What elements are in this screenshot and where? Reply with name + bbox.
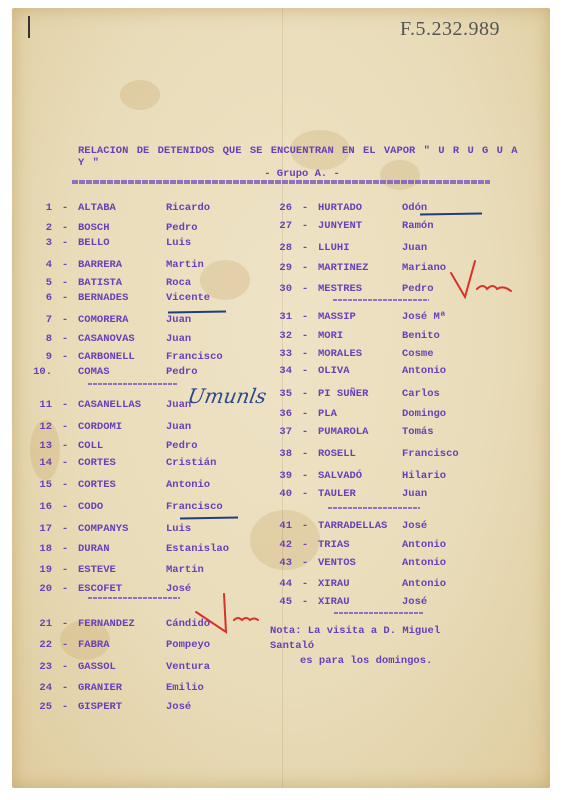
separator: -	[292, 488, 318, 500]
note-line-2: es para los domingos.	[270, 654, 470, 669]
detainee-number: 25	[24, 701, 52, 713]
detainee-surname: BOSCH	[78, 222, 166, 234]
detainee-row: 38-ROSELLFrancisco	[264, 448, 459, 460]
detainee-row: 37-PUMAROLATomás	[264, 426, 434, 438]
separator: -	[52, 237, 78, 249]
detainee-row: 11-CASANELLASJuan	[24, 399, 191, 411]
separator: -	[52, 292, 78, 304]
detainee-number: 24	[24, 682, 52, 694]
detainee-surname: MARTINEZ	[318, 262, 402, 274]
separator: -	[292, 348, 318, 360]
separator: -	[52, 701, 78, 713]
detainee-row: 26-HURTADOOdón	[264, 202, 427, 214]
detainee-surname: CASANELLAS	[78, 399, 166, 411]
separator: -	[292, 311, 318, 323]
detainee-row: 14-CORTESCristián	[24, 457, 216, 469]
detainee-number: 38	[264, 448, 292, 460]
detainee-surname: BARRERA	[78, 259, 166, 271]
detainee-surname: DURAN	[78, 543, 166, 555]
title-rule	[72, 180, 490, 184]
detainee-number: 16	[24, 501, 52, 513]
detainee-row: 10.COMASPedro	[24, 366, 198, 378]
detainee-given-name: Luis	[166, 237, 191, 249]
separator: -	[52, 583, 78, 595]
detainee-given-name: Antonio	[402, 539, 446, 551]
detainee-given-name: José	[166, 701, 191, 713]
detainee-surname: CODO	[78, 501, 166, 513]
handwritten-blue-annotation: Umunls	[186, 384, 268, 408]
detainee-given-name: Ricardo	[166, 202, 210, 214]
red-check-mark-icon	[190, 590, 260, 640]
detainee-given-name: Roca	[166, 277, 191, 289]
detainee-given-name: Carlos	[402, 388, 440, 400]
detainee-row: 39-SALVADÓHilario	[264, 470, 446, 482]
separator: -	[52, 457, 78, 469]
detainee-given-name: Vicente	[166, 292, 210, 304]
detainee-given-name: Pedro	[402, 283, 434, 295]
detainee-surname: TARRADELLAS	[318, 520, 402, 532]
group-rule	[88, 383, 178, 385]
separator: -	[52, 421, 78, 433]
detainee-given-name: Juan	[166, 314, 191, 326]
detainee-given-name: Odón	[402, 202, 427, 214]
detainee-row: 1-ALTABARicardo	[24, 202, 210, 214]
detainee-given-name: José	[166, 583, 191, 595]
detainee-number: 28	[264, 242, 292, 254]
separator: -	[52, 543, 78, 555]
detainee-surname: CORTES	[78, 457, 166, 469]
detainee-number: 26	[264, 202, 292, 214]
detainee-number: 27	[264, 220, 292, 232]
separator: -	[52, 682, 78, 694]
detainee-surname: SALVADÓ	[318, 470, 402, 482]
detainee-surname: HURTADO	[318, 202, 402, 214]
detainee-given-name: Francisco	[166, 501, 223, 513]
separator: -	[292, 202, 318, 214]
detainee-surname: ALTABA	[78, 202, 166, 214]
detainee-number: 31	[264, 311, 292, 323]
detainee-number: 11	[24, 399, 52, 411]
document-title: RELACION DE DETENIDOS QUE SE ENCUENTRAN …	[78, 145, 518, 169]
note: Nota: La visita a D. Miguel Santaló es p…	[270, 624, 470, 669]
detainee-number: 18	[24, 543, 52, 555]
detainee-given-name: Domingo	[402, 408, 446, 420]
detainee-row: 27-JUNYENTRamón	[264, 220, 434, 232]
detainee-given-name: Antonio	[402, 365, 446, 377]
detainee-number: 9	[24, 351, 52, 363]
detainee-number: 3	[24, 237, 52, 249]
detainee-number: 8	[24, 333, 52, 345]
detainee-given-name: Antonio	[402, 578, 446, 590]
detainee-number: 15	[24, 479, 52, 491]
detainee-number: 34	[264, 365, 292, 377]
detainee-row: 35-PI SUÑERCarlos	[264, 388, 440, 400]
separator: -	[292, 220, 318, 232]
detainee-given-name: Juan	[402, 488, 427, 500]
detainee-surname: MORI	[318, 330, 402, 342]
detainee-surname: COLL	[78, 440, 166, 452]
detainee-surname: GISPERT	[78, 701, 166, 713]
separator: -	[52, 661, 78, 673]
separator: -	[292, 283, 318, 295]
detainee-number: 23	[24, 661, 52, 673]
detainee-given-name: Pedro	[166, 440, 198, 452]
detainee-given-name: Ramón	[402, 220, 434, 232]
detainee-number: 4	[24, 259, 52, 271]
detainee-surname: CASANOVAS	[78, 333, 166, 345]
detainee-surname: CORTES	[78, 479, 166, 491]
detainee-surname: FERNANDEZ	[78, 618, 166, 630]
detainee-surname: BELLO	[78, 237, 166, 249]
detainee-surname: CORDOMI	[78, 421, 166, 433]
separator: -	[292, 388, 318, 400]
detainee-surname: VENTOS	[318, 557, 402, 569]
detainee-row: 42-TRIASAntonio	[264, 539, 446, 551]
detainee-number: 45	[264, 596, 292, 608]
detainee-row: 3-BELLOLuis	[24, 237, 191, 249]
detainee-given-name: Cosme	[402, 348, 434, 360]
detainee-row: 5-BATISTARoca	[24, 277, 191, 289]
separator	[52, 366, 78, 378]
detainee-number: 29	[264, 262, 292, 274]
group-rule	[328, 507, 420, 509]
detainee-number: 40	[264, 488, 292, 500]
separator: -	[52, 639, 78, 651]
separator: -	[52, 222, 78, 234]
detainee-given-name: Cristián	[166, 457, 216, 469]
detainee-given-name: Emilio	[166, 682, 204, 694]
detainee-row: 12-CORDOMIJuan	[24, 421, 191, 433]
detainee-number: 30	[264, 283, 292, 295]
detainee-given-name: Tomás	[402, 426, 434, 438]
stain	[120, 80, 160, 110]
detainee-number: 6	[24, 292, 52, 304]
detainee-number: 35	[264, 388, 292, 400]
separator: -	[292, 470, 318, 482]
detainee-surname: ESTEVE	[78, 564, 166, 576]
detainee-given-name: Juan	[166, 333, 191, 345]
separator: -	[52, 523, 78, 535]
detainee-surname: LLUHI	[318, 242, 402, 254]
detainee-row: 41-TARRADELLASJosé	[264, 520, 427, 532]
detainee-given-name: José	[402, 596, 427, 608]
detainee-row: 22-FABRAPompeyo	[24, 639, 210, 651]
detainee-number: 41	[264, 520, 292, 532]
detainee-surname: GASSOL	[78, 661, 166, 673]
separator: -	[292, 242, 318, 254]
detainee-surname: XIRAU	[318, 596, 402, 608]
detainee-number: 5	[24, 277, 52, 289]
separator: -	[52, 333, 78, 345]
detainee-given-name: Antonio	[402, 557, 446, 569]
detainee-given-name: Juan	[166, 421, 191, 433]
detainee-surname: COMORERA	[78, 314, 166, 326]
detainee-surname: TRIAS	[318, 539, 402, 551]
detainee-row: 20-ESCOFETJosé	[24, 583, 191, 595]
separator: -	[292, 448, 318, 460]
detainee-row: 29-MARTINEZMariano	[264, 262, 446, 274]
detainee-surname: BATISTA	[78, 277, 166, 289]
detainee-number: 20	[24, 583, 52, 595]
detainee-given-name: Ventura	[166, 661, 210, 673]
detainee-surname: COMAS	[78, 366, 166, 378]
separator: -	[52, 564, 78, 576]
detainee-surname: ESCOFET	[78, 583, 166, 595]
separator: -	[292, 262, 318, 274]
detainee-row: 45-XIRAUJosé	[264, 596, 427, 608]
detainee-number: 21	[24, 618, 52, 630]
detainee-number: 14	[24, 457, 52, 469]
detainee-given-name: Mariano	[402, 262, 446, 274]
detainee-row: 31-MASSIPJosé Mª	[264, 311, 446, 323]
detainee-number: 42	[264, 539, 292, 551]
group-rule	[88, 597, 180, 599]
separator: -	[52, 314, 78, 326]
detainee-row: 23-GASSOLVentura	[24, 661, 210, 673]
detainee-row: 18-DURANEstanislao	[24, 543, 229, 555]
detainee-surname: OLIVA	[318, 365, 402, 377]
separator: -	[52, 618, 78, 630]
detainee-row: 34-OLIVAAntonio	[264, 365, 446, 377]
detainee-row: 4-BARRERAMartin	[24, 259, 204, 271]
detainee-number: 12	[24, 421, 52, 433]
detainee-number: 44	[264, 578, 292, 590]
detainee-row: 32-MORIBenito	[264, 330, 440, 342]
detainee-surname: FABRA	[78, 639, 166, 651]
detainee-given-name: Martin	[166, 259, 204, 271]
red-check-mark-icon	[445, 255, 515, 305]
detainee-given-name: Benito	[402, 330, 440, 342]
separator: -	[52, 440, 78, 452]
detainee-surname: ROSELL	[318, 448, 402, 460]
separator: -	[292, 539, 318, 551]
detainee-row: 17-COMPANYSLuis	[24, 523, 191, 535]
detainee-number: 19	[24, 564, 52, 576]
detainee-given-name: Francisco	[166, 351, 223, 363]
detainee-surname: MESTRES	[318, 283, 402, 295]
detainee-surname: BERNADES	[78, 292, 166, 304]
detainee-surname: CARBONELL	[78, 351, 166, 363]
group-rule	[334, 612, 424, 614]
detainee-row: 40-TAULERJuan	[264, 488, 427, 500]
detainee-surname: JUNYENT	[318, 220, 402, 232]
detainee-given-name: Juan	[402, 242, 427, 254]
detainee-row: 13-COLLPedro	[24, 440, 198, 452]
separator: -	[52, 277, 78, 289]
detainee-row: 19-ESTEVEMartin	[24, 564, 204, 576]
detainee-number: 37	[264, 426, 292, 438]
group-rule	[333, 299, 429, 301]
detainee-row: 24-GRANIEREmilio	[24, 682, 204, 694]
separator: -	[292, 520, 318, 532]
separator: -	[292, 557, 318, 569]
separator: -	[292, 330, 318, 342]
separator: -	[52, 479, 78, 491]
detainee-row: 44-XIRAUAntonio	[264, 578, 446, 590]
detainee-surname: TAULER	[318, 488, 402, 500]
detainee-row: 25-GISPERTJosé	[24, 701, 191, 713]
detainee-row: 7-COMORERAJuan	[24, 314, 191, 326]
detainee-row: 43-VENTOSAntonio	[264, 557, 446, 569]
detainee-number: 7	[24, 314, 52, 326]
detainee-given-name: Estanislao	[166, 543, 229, 555]
separator: -	[292, 408, 318, 420]
detainee-row: 33-MORALESCosme	[264, 348, 434, 360]
detainee-row: 28-LLUHIJuan	[264, 242, 427, 254]
detainee-row: 9-CARBONELLFrancisco	[24, 351, 223, 363]
detainee-given-name: Luis	[166, 523, 191, 535]
separator: -	[52, 351, 78, 363]
separator: -	[52, 202, 78, 214]
detainee-surname: MORALES	[318, 348, 402, 360]
detainee-given-name: Martin	[166, 564, 204, 576]
detainee-given-name: José	[402, 520, 427, 532]
separator: -	[292, 426, 318, 438]
detainee-row: 16-CODOFrancisco	[24, 501, 223, 513]
archive-number: F.5.232.989	[400, 18, 500, 41]
pencil-mark	[28, 16, 30, 38]
detainee-surname: XIRAU	[318, 578, 402, 590]
detainee-number: 39	[264, 470, 292, 482]
detainee-row: 36-PLADomingo	[264, 408, 446, 420]
detainee-number: 33	[264, 348, 292, 360]
detainee-number: 1	[24, 202, 52, 214]
detainee-given-name: Pedro	[166, 366, 198, 378]
detainee-row: 30-MESTRESPedro	[264, 283, 434, 295]
detainee-given-name: Pedro	[166, 222, 198, 234]
separator: -	[292, 365, 318, 377]
detainee-number: 22	[24, 639, 52, 651]
detainee-row: 6-BERNADESVicente	[24, 292, 210, 304]
detainee-number: 17	[24, 523, 52, 535]
detainee-given-name: Francisco	[402, 448, 459, 460]
detainee-row: 15-CORTESAntonio	[24, 479, 210, 491]
detainee-given-name: José Mª	[402, 311, 446, 323]
detainee-surname: COMPANYS	[78, 523, 166, 535]
detainee-number: 43	[264, 557, 292, 569]
detainee-number: 36	[264, 408, 292, 420]
detainee-number: 2	[24, 222, 52, 234]
separator: -	[52, 399, 78, 411]
document-subtitle: - Grupo A. -	[0, 168, 564, 180]
separator: -	[292, 596, 318, 608]
detainee-surname: GRANIER	[78, 682, 166, 694]
detainee-given-name: Hilario	[402, 470, 446, 482]
detainee-surname: PI SUÑER	[318, 388, 402, 400]
detainee-row: 2-BOSCHPedro	[24, 222, 198, 234]
separator: -	[52, 501, 78, 513]
detainee-number: 10.	[24, 366, 52, 378]
separator: -	[52, 259, 78, 271]
detainee-surname: PUMAROLA	[318, 426, 402, 438]
detainee-row: 8-CASANOVASJuan	[24, 333, 191, 345]
separator: -	[292, 578, 318, 590]
detainee-surname: PLA	[318, 408, 402, 420]
detainee-number: 13	[24, 440, 52, 452]
detainee-row: 21-FERNANDEZCándido	[24, 618, 210, 630]
detainee-given-name: Antonio	[166, 479, 210, 491]
note-line-1: Nota: La visita a D. Miguel Santaló	[270, 624, 470, 654]
detainee-number: 32	[264, 330, 292, 342]
detainee-given-name: Pompeyo	[166, 639, 210, 651]
detainee-surname: MASSIP	[318, 311, 402, 323]
